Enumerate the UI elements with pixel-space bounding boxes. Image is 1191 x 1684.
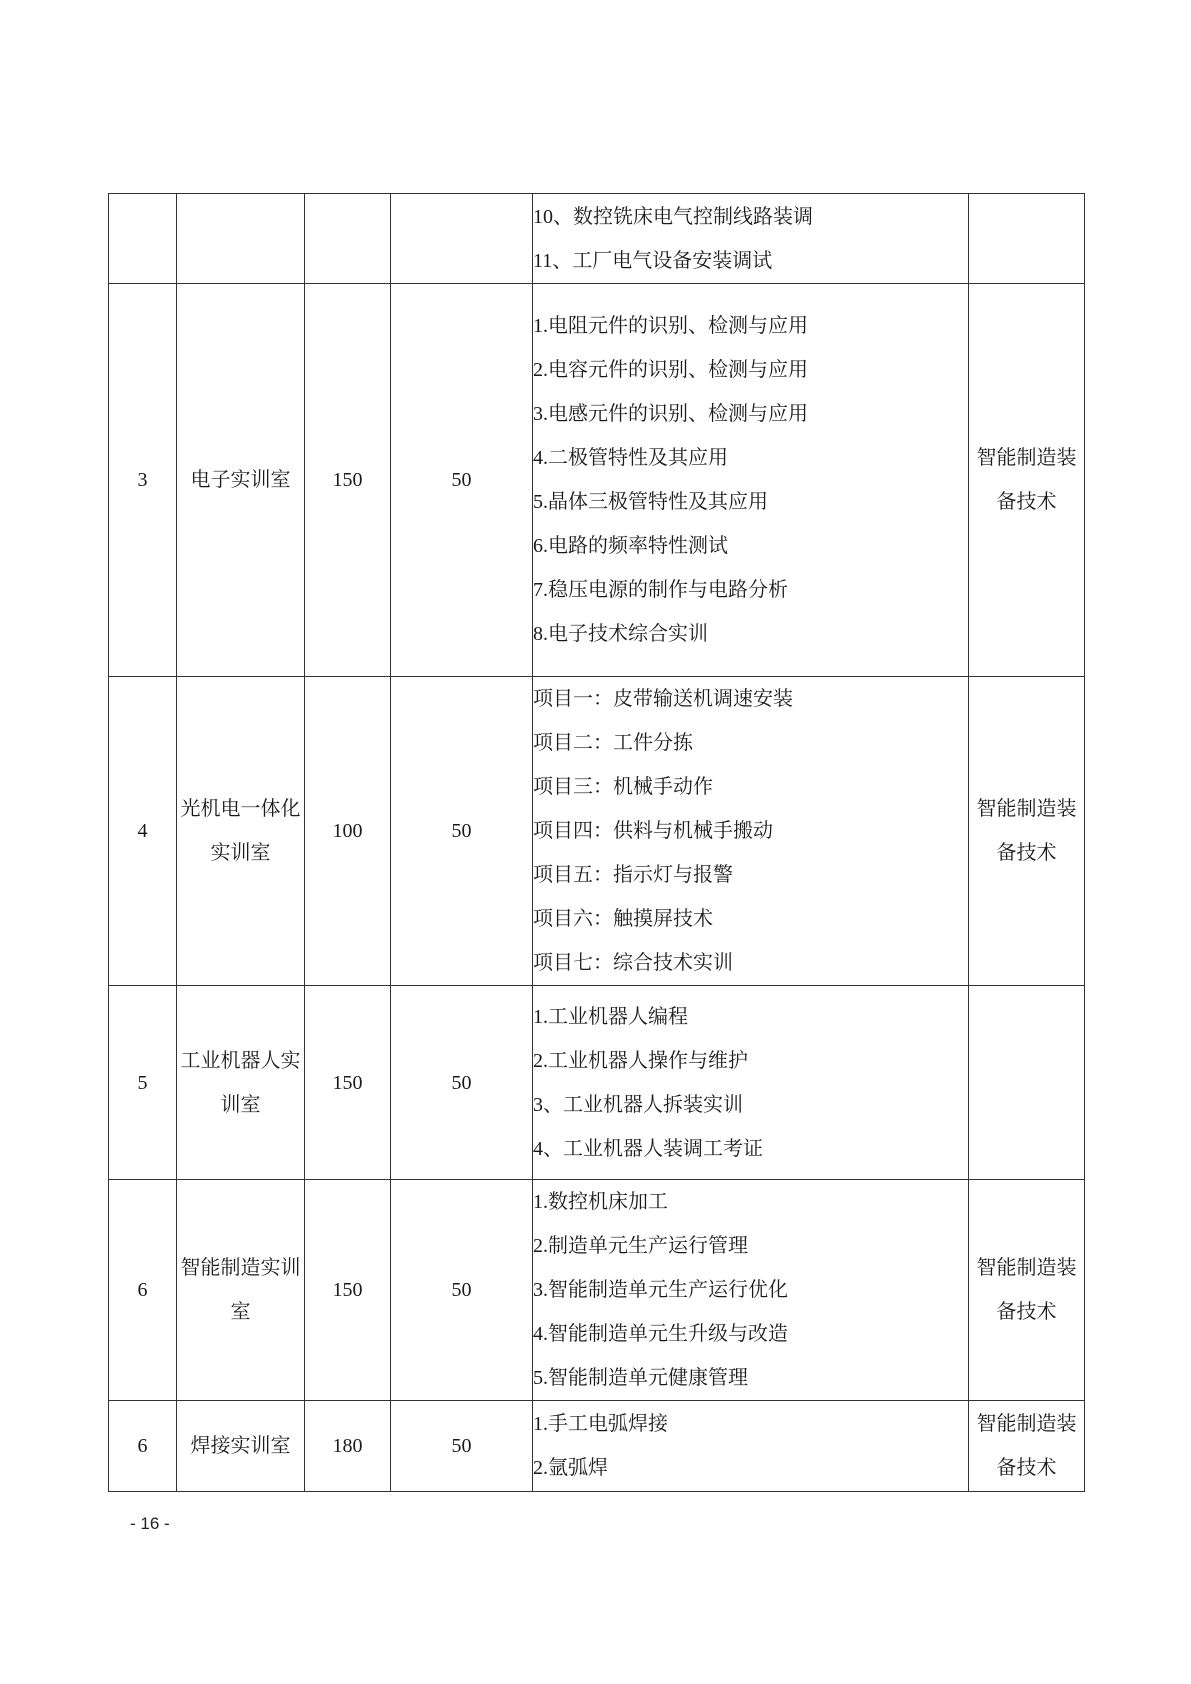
training-item: 1.工业机器人编程 — [533, 995, 968, 1039]
room-seats: 50 — [391, 986, 533, 1180]
serving-major: 智能制造装备技术 — [969, 677, 1085, 986]
row-number: 6 — [109, 1180, 177, 1401]
room-name: 工业机器人实训室 — [177, 986, 305, 1180]
training-item: 项目五：指示灯与报警 — [533, 853, 968, 897]
serving-major: 智能制造装备技术 — [969, 284, 1085, 677]
training-item: 1.电阻元件的识别、检测与应用 — [533, 304, 968, 348]
table-row: 6 智能制造实训室 150 50 1.数控机床加工 2.制造单元生产运行管理 3… — [109, 1180, 1085, 1401]
training-item: 2.电容元件的识别、检测与应用 — [533, 348, 968, 392]
row-number — [109, 194, 177, 284]
training-item: 4.二极管特性及其应用 — [533, 436, 968, 480]
training-item: 4、工业机器人装调工考证 — [533, 1127, 968, 1171]
room-area: 150 — [305, 284, 391, 677]
room-seats — [391, 194, 533, 284]
training-item: 2.氩弧焊 — [533, 1446, 968, 1490]
room-name: 智能制造实训室 — [177, 1180, 305, 1401]
row-number: 3 — [109, 284, 177, 677]
training-items: 1.手工电弧焊接 2.氩弧焊 — [533, 1401, 969, 1492]
room-seats: 50 — [391, 1401, 533, 1492]
training-item: 8.电子技术综合实训 — [533, 612, 968, 656]
room-name: 焊接实训室 — [177, 1401, 305, 1492]
room-name — [177, 194, 305, 284]
room-area: 180 — [305, 1401, 391, 1492]
training-items: 项目一：皮带输送机调速安装 项目二：工件分拣 项目三：机械手动作 项目四：供料与… — [533, 677, 969, 986]
training-item: 3.电感元件的识别、检测与应用 — [533, 392, 968, 436]
training-item: 5.智能制造单元健康管理 — [533, 1356, 968, 1400]
table-row: 5 工业机器人实训室 150 50 1.工业机器人编程 2.工业机器人操作与维护… — [109, 986, 1085, 1180]
page-number: - 16 - — [130, 1514, 170, 1534]
training-item: 1.手工电弧焊接 — [533, 1402, 968, 1446]
training-items: 1.数控机床加工 2.制造单元生产运行管理 3.智能制造单元生产运行优化 4.智… — [533, 1180, 969, 1401]
training-item: 2.工业机器人操作与维护 — [533, 1039, 968, 1083]
serving-major — [969, 194, 1085, 284]
serving-major — [969, 986, 1085, 1180]
training-item: 项目一：皮带输送机调速安装 — [533, 677, 968, 721]
training-item: 10、数控铣床电气控制线路装调 — [533, 195, 968, 239]
room-seats: 50 — [391, 284, 533, 677]
training-items: 10、数控铣床电气控制线路装调 11、工厂电气设备安装调试 — [533, 194, 969, 284]
table-row: 6 焊接实训室 180 50 1.手工电弧焊接 2.氩弧焊 智能制造装备技术 — [109, 1401, 1085, 1492]
room-name: 电子实训室 — [177, 284, 305, 677]
room-area: 150 — [305, 1180, 391, 1401]
training-item: 5.晶体三极管特性及其应用 — [533, 480, 968, 524]
training-item: 6.电路的频率特性测试 — [533, 524, 968, 568]
training-item: 7.稳压电源的制作与电路分析 — [533, 568, 968, 612]
training-item: 3.智能制造单元生产运行优化 — [533, 1268, 968, 1312]
training-item: 项目七：综合技术实训 — [533, 941, 968, 985]
training-item: 1.数控机床加工 — [533, 1180, 968, 1224]
training-item: 2.制造单元生产运行管理 — [533, 1224, 968, 1268]
room-area — [305, 194, 391, 284]
row-number: 6 — [109, 1401, 177, 1492]
training-item: 11、工厂电气设备安装调试 — [533, 239, 968, 283]
training-item: 项目四：供料与机械手搬动 — [533, 809, 968, 853]
training-item: 项目二：工件分拣 — [533, 721, 968, 765]
training-item: 项目六：触摸屏技术 — [533, 897, 968, 941]
room-seats: 50 — [391, 1180, 533, 1401]
training-item: 3、工业机器人拆装实训 — [533, 1083, 968, 1127]
room-area: 100 — [305, 677, 391, 986]
document-page: 10、数控铣床电气控制线路装调 11、工厂电气设备安装调试 3 电子实训室 15… — [0, 0, 1191, 1684]
room-name: 光机电一体化实训室 — [177, 677, 305, 986]
room-area: 150 — [305, 986, 391, 1180]
training-room-table: 10、数控铣床电气控制线路装调 11、工厂电气设备安装调试 3 电子实训室 15… — [108, 193, 1085, 1492]
room-seats: 50 — [391, 677, 533, 986]
serving-major: 智能制造装备技术 — [969, 1401, 1085, 1492]
training-item: 4.智能制造单元生升级与改造 — [533, 1312, 968, 1356]
table-row: 10、数控铣床电气控制线路装调 11、工厂电气设备安装调试 — [109, 194, 1085, 284]
training-items: 1.工业机器人编程 2.工业机器人操作与维护 3、工业机器人拆装实训 4、工业机… — [533, 986, 969, 1180]
row-number: 4 — [109, 677, 177, 986]
serving-major: 智能制造装备技术 — [969, 1180, 1085, 1401]
training-item: 项目三：机械手动作 — [533, 765, 968, 809]
table-row: 4 光机电一体化实训室 100 50 项目一：皮带输送机调速安装 项目二：工件分… — [109, 677, 1085, 986]
table-row: 3 电子实训室 150 50 1.电阻元件的识别、检测与应用 2.电容元件的识别… — [109, 284, 1085, 677]
training-items: 1.电阻元件的识别、检测与应用 2.电容元件的识别、检测与应用 3.电感元件的识… — [533, 284, 969, 677]
row-number: 5 — [109, 986, 177, 1180]
